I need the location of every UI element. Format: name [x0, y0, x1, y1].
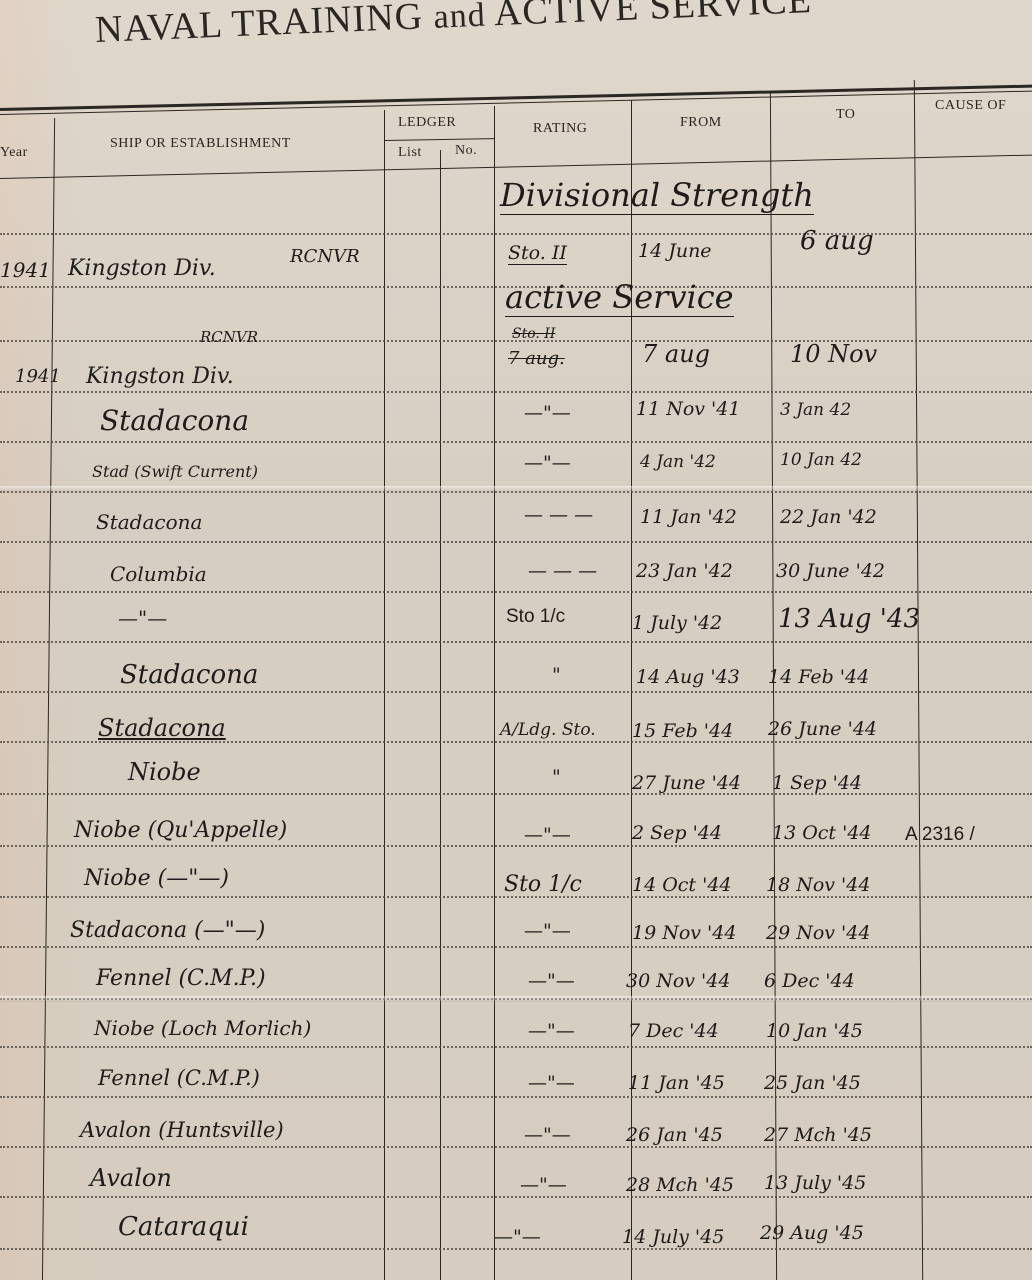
header-from: FROM	[680, 115, 722, 131]
column-divider-ledger-list	[440, 150, 441, 1280]
paper-fold	[0, 996, 1032, 1002]
ship-cell: Niobe (—"—)	[84, 866, 229, 891]
rating-cell: —"—	[524, 920, 571, 942]
to-date-cell: 22 Jan '42	[780, 506, 877, 528]
rating-cell: A/Ldg. Sto.	[500, 720, 596, 740]
from-date-cell: 19 Nov '44	[632, 922, 736, 944]
row-rule	[0, 1196, 1032, 1198]
from-date-cell: 7 aug	[642, 340, 710, 368]
from-date-cell: 23 Jan '42	[636, 560, 733, 582]
header-ship-or-establishment: SHIP OR ESTABLISHMENT	[110, 136, 291, 152]
to-date-cell: 29 Aug '45	[760, 1222, 864, 1244]
ship-cell: Stadacona	[100, 404, 249, 437]
header-cause-of: CAUSE OF	[935, 98, 1006, 114]
year-cell: 1941	[15, 366, 61, 387]
to-date-cell: 10 Jan '45	[766, 1020, 863, 1042]
row-rule	[0, 391, 1032, 393]
rating-cell: —"—	[494, 1226, 541, 1248]
ship-cell: Niobe (Qu'Appelle)	[74, 818, 287, 843]
row-rule	[0, 441, 1032, 443]
ledger-subheader-rule	[384, 138, 494, 141]
row-rule	[0, 641, 1032, 643]
to-date-cell: 13 Aug '43	[778, 604, 920, 634]
to-date-cell: 29 Nov '44	[766, 922, 870, 944]
row-rule	[0, 691, 1032, 693]
header-year: Year	[0, 145, 28, 161]
rating-cell: —"—	[528, 1020, 575, 1042]
header-top-rule-thin	[0, 89, 1032, 115]
from-date-cell: 15 Feb '44	[632, 720, 733, 742]
to-date-cell: 25 Jan '45	[764, 1072, 861, 1094]
ship-cell: Stadacona	[120, 660, 258, 690]
ship-cell: Kingston Div.	[86, 364, 234, 389]
row-rule	[0, 591, 1032, 593]
divisional-strength-note: Divisional Strength	[500, 176, 814, 215]
service-record-sheet: NAVAL TRAINING and ACTIVE SERVICE Year S…	[0, 0, 1032, 1280]
rating-cell: —"—	[528, 970, 575, 992]
title-and: and	[433, 0, 487, 36]
title-active-service: ACTIVE SERVICE	[493, 0, 813, 34]
header-ledger-list: List	[398, 145, 422, 161]
rating-cell: "	[552, 664, 561, 686]
from-date-cell: 1 July '42	[632, 612, 722, 634]
to-date-cell: 6 Dec '44	[764, 970, 855, 992]
column-divider-year	[42, 118, 55, 1280]
active-service-note: active Service	[505, 278, 734, 317]
rating-cell: Sto 1/c	[506, 606, 565, 628]
rating-cell: —"—	[524, 402, 571, 424]
to-date-cell: 13 Oct '44	[772, 822, 872, 844]
rating-cell: "	[552, 766, 561, 788]
ship-cell: Stadacona	[98, 714, 226, 742]
to-date-cell: 27 Mch '45	[764, 1124, 872, 1146]
header-ledger-no: No.	[455, 143, 477, 159]
ship-cell: Avalon (Huntsville)	[80, 1118, 284, 1142]
form-title: NAVAL TRAINING and ACTIVE SERVICE	[94, 0, 1015, 52]
ship-cell: Stad (Swift Current)	[92, 462, 258, 481]
paper-fold	[0, 486, 1032, 492]
rating-cell: —"—	[524, 1124, 571, 1146]
to-date-cell: 1 Sep '44	[772, 772, 862, 794]
rating-cell: Sto. II	[508, 242, 567, 265]
column-divider-ledger-no	[494, 106, 495, 1280]
to-date-cell: 10 Nov	[790, 340, 877, 368]
rating-cell: —"—	[520, 1174, 567, 1196]
from-date-cell: 11 Jan '42	[640, 506, 737, 528]
row-rule	[0, 845, 1032, 847]
title-naval-training: NAVAL TRAINING	[94, 0, 424, 51]
to-date-cell: 18 Nov '44	[766, 874, 870, 896]
rating-cell: — — —	[524, 504, 593, 526]
from-date-cell: 14 June	[638, 240, 712, 262]
ship-cell: Fennel (C.M.P.)	[98, 1066, 260, 1090]
from-date-cell: 11 Nov '41	[636, 398, 740, 420]
header-to: TO	[836, 107, 855, 123]
header-top-rule	[0, 83, 1032, 111]
rating-struck-date: 7 aug.	[508, 348, 565, 369]
column-divider-rating	[631, 100, 632, 1280]
from-date-cell: 27 June '44	[632, 772, 741, 794]
rating-cell: —"—	[524, 452, 571, 474]
from-date-cell: 28 Mch '45	[626, 1174, 734, 1196]
row-rule	[0, 1046, 1032, 1048]
ship-cell: Stadacona	[96, 510, 202, 534]
ship-suffix-rcnvr: RCNVR	[290, 246, 360, 267]
header-rating: RATING	[533, 121, 587, 137]
year-cell: 1941	[0, 258, 51, 282]
from-date-cell: 4 Jan '42	[640, 452, 716, 472]
rating-cell: Sto 1/c	[504, 872, 582, 897]
to-date-cell: 13 July '45	[764, 1172, 866, 1194]
cause-cell: A 2316 /	[905, 824, 975, 846]
ship-cell: Columbia	[110, 562, 207, 586]
ship-cell: Fennel (C.M.P.)	[96, 966, 266, 991]
ship-cell: Niobe	[128, 758, 201, 786]
to-date-cell: 30 June '42	[776, 560, 885, 582]
from-date-cell: 14 Oct '44	[632, 874, 732, 896]
ship-cell: Avalon	[90, 1164, 172, 1192]
from-date-cell: 14 July '45	[622, 1226, 724, 1248]
row-rule	[0, 1248, 1032, 1250]
to-date-cell: 14 Feb '44	[768, 666, 869, 688]
rating-cell: — — —	[528, 560, 597, 582]
from-date-cell: 14 Aug '43	[636, 666, 740, 688]
row-rule	[0, 233, 1032, 235]
to-date-cell: 10 Jan 42	[780, 450, 862, 470]
ship-cell: Cataraqui	[118, 1212, 249, 1242]
from-date-cell: 7 Dec '44	[628, 1020, 719, 1042]
to-date-cell: 26 June '44	[768, 718, 877, 740]
ship-cell: Kingston Div.	[68, 256, 216, 281]
row-rule	[0, 1096, 1032, 1098]
header-ledger: LEDGER	[398, 115, 456, 131]
row-rule	[0, 541, 1032, 543]
rating-struck-text: Sto. II	[512, 326, 555, 342]
row-rule	[0, 793, 1032, 795]
to-date-cell: 6 aug	[800, 226, 874, 256]
rating-cell: —"—	[524, 824, 571, 846]
from-date-cell: 2 Sep '44	[632, 822, 722, 844]
row-rule	[0, 1146, 1032, 1148]
column-divider-to	[914, 80, 923, 1280]
to-date-cell: 3 Jan 42	[780, 400, 851, 420]
ship-cell: Stadacona (—"—)	[70, 918, 265, 943]
from-date-cell: 26 Jan '45	[626, 1124, 723, 1146]
rating-cell: —"—	[528, 1072, 575, 1094]
from-date-cell: 11 Jan '45	[628, 1072, 725, 1094]
row-rule	[0, 946, 1032, 948]
ship-cell: —"—	[118, 606, 167, 630]
ship-cell: Niobe (Loch Morlich)	[94, 1016, 311, 1040]
ship-suffix-rcnvr: RCNVR	[200, 328, 258, 346]
from-date-cell: 30 Nov '44	[626, 970, 730, 992]
